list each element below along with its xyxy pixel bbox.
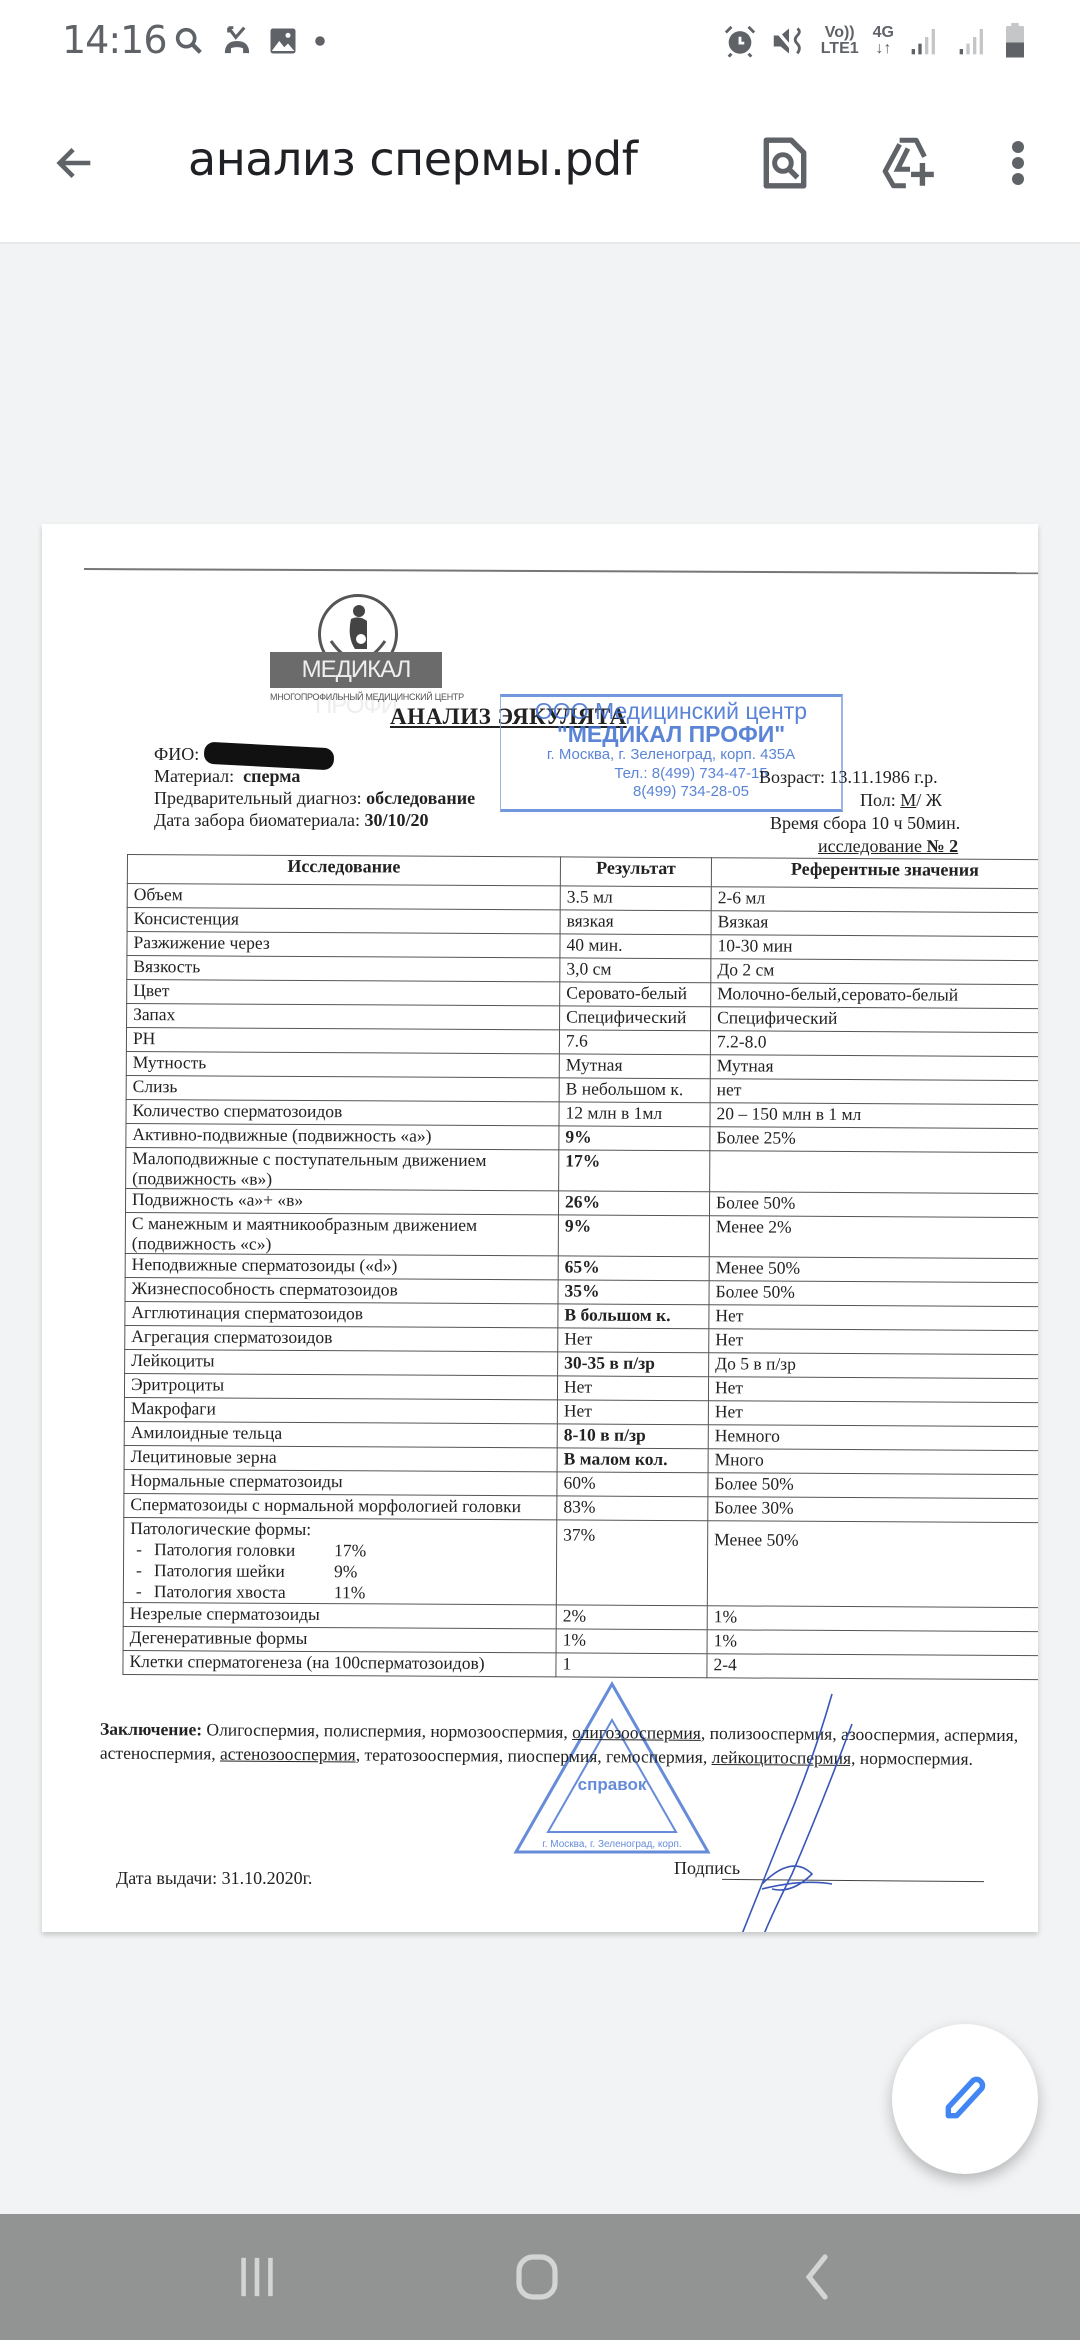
row-reference: Молочно-белый,серовато-белый xyxy=(711,983,1038,1009)
row-study-name: Неподвижные сперматозоиды («d») xyxy=(125,1253,558,1279)
pathology-item: Патология хвоста11% xyxy=(130,1581,550,1604)
row-reference: 1% xyxy=(707,1630,1038,1656)
row-reference: 7.2-8.0 xyxy=(710,1031,1038,1057)
row-study-name: Амилоидные тельца xyxy=(124,1421,557,1447)
app-bar: анализ спермы.pdf xyxy=(0,84,1080,244)
sex-value-f: / Ж xyxy=(916,790,942,810)
stamp-line-1: ООО Медицинский центр xyxy=(501,699,841,723)
row-result: 65% xyxy=(558,1256,709,1281)
row-result: Мутная xyxy=(559,1054,710,1079)
row-reference: До 5 в п/зр xyxy=(709,1353,1038,1379)
collection-date-label: Дата забора биоматериала: xyxy=(154,810,360,830)
material-value: сперма xyxy=(243,766,300,786)
recent-apps-button[interactable] xyxy=(212,2240,302,2314)
row-result: В небольшом к. xyxy=(559,1078,710,1103)
pathology-item-value: 9% xyxy=(334,1561,357,1582)
network-label: 4G xyxy=(873,25,894,41)
back-button[interactable] xyxy=(40,128,110,198)
row-study-name: Лецитиновые зерна xyxy=(124,1445,557,1471)
pathology-item-label: Патология хвоста xyxy=(154,1581,304,1603)
diagnosis-value: обследование xyxy=(366,788,475,808)
row-reference: Более 50% xyxy=(709,1192,1038,1218)
pathology-list: Патология головки17%Патология шейки9%Пат… xyxy=(130,1539,550,1604)
gallery-icon xyxy=(268,26,298,56)
row-result: вязкая xyxy=(560,910,711,935)
triangle-stamp-address: г. Москва, г. Зеленоград, корп. xyxy=(542,1839,681,1850)
pathology-item-value: 17% xyxy=(334,1540,366,1561)
row-reference: Менее 2% xyxy=(709,1216,1038,1259)
volte-top-label: Vo)) xyxy=(821,25,859,41)
signal-sim2-icon xyxy=(956,25,990,57)
status-bar: 14:16 Vo))LTE1 4G↓↑ xyxy=(0,0,1080,84)
row-result: 9% xyxy=(559,1126,710,1151)
row-reference: Более 50% xyxy=(709,1281,1038,1307)
row-study-name: Подвижность «а»+ «в» xyxy=(125,1188,558,1214)
row-study-name: Агглютинация сперматозоидов xyxy=(125,1301,558,1327)
row-study-name: Лейкоциты xyxy=(125,1349,558,1375)
row-result: 12 млн в 1мл xyxy=(559,1102,710,1127)
table-row: С манежным и маятникообразным движением … xyxy=(125,1212,1038,1258)
row-reference: Более 50% xyxy=(708,1473,1038,1499)
collection-date-value: 30/10/20 xyxy=(364,810,428,830)
row-result: 40 мин. xyxy=(560,934,711,959)
collection-time: Время сбора 10 ч 50мин. xyxy=(770,813,960,834)
row-result: В большом к. xyxy=(558,1304,709,1329)
row-reference: Нет xyxy=(709,1305,1038,1331)
row-result: 8-10 в п/зр xyxy=(557,1424,708,1449)
diagnosis-label: Предварительный диагноз: xyxy=(154,788,362,808)
row-reference: Специфический xyxy=(711,1007,1038,1033)
row-study-name: Малоподвижные с поступательным движением… xyxy=(126,1147,559,1190)
pathology-result: 37% xyxy=(556,1520,707,1606)
collection-date-field: Дата забора биоматериала: 30/10/20 xyxy=(154,810,429,831)
row-reference: 1% xyxy=(707,1606,1038,1632)
pdf-page[interactable]: МЕДИКАЛ ПРОФИ МНОГОПРОФИЛЬНЫЙ МЕДИЦИНСКИ… xyxy=(42,524,1038,1932)
more-options-button[interactable] xyxy=(988,128,1048,198)
header-study: Исследование xyxy=(127,855,560,886)
row-study-name: Вязкость xyxy=(127,956,560,982)
sex-label: Пол: xyxy=(860,790,896,810)
add-to-drive-button[interactable] xyxy=(875,128,945,198)
row-study-name: С манежным и маятникообразным движением … xyxy=(125,1212,558,1255)
find-in-page-icon xyxy=(761,136,809,190)
row-reference: Нет xyxy=(708,1377,1038,1403)
age-value: 13.11.1986 г.р. xyxy=(829,767,937,787)
row-study-name: Клетки сперматогенеза (на 100сперматозои… xyxy=(123,1650,556,1676)
signal-sim1-icon xyxy=(908,25,942,57)
table-row-pathology: Патологические формы:Патология головки17… xyxy=(123,1517,1038,1607)
document-title: анализ спермы.pdf xyxy=(188,132,637,186)
diagnosis-field: Предварительный диагноз: обследование xyxy=(154,788,475,809)
row-reference: 2-6 мл xyxy=(711,887,1038,913)
row-reference: Менее 50% xyxy=(709,1257,1038,1283)
row-reference: 20 – 150 млн в 1 мл xyxy=(710,1103,1038,1129)
study-number-value: № 2 xyxy=(927,836,959,856)
nav-back-button[interactable] xyxy=(772,2240,862,2314)
sex-value-m: М xyxy=(900,790,916,810)
vibrate-mute-icon xyxy=(771,24,807,58)
row-study-name: Количество сперматозоидов xyxy=(126,1099,559,1125)
row-study-name: Слизь xyxy=(126,1075,559,1101)
row-result: 1% xyxy=(556,1629,707,1654)
row-reference: 10-30 мин xyxy=(711,935,1038,961)
battery-icon xyxy=(1004,23,1026,59)
volte-bottom-label: LTE1 xyxy=(821,41,859,57)
row-result: 2% xyxy=(556,1605,707,1630)
row-study-name: Незрелые сперматозоиды xyxy=(123,1602,556,1628)
row-study-name: PH xyxy=(126,1028,559,1054)
add-to-drive-icon xyxy=(881,136,939,190)
row-reference: нет xyxy=(710,1079,1038,1105)
row-result: Серовато-белый xyxy=(560,982,711,1007)
table-row: Малоподвижные с поступательным движением… xyxy=(126,1147,1038,1193)
row-result: 60% xyxy=(557,1472,708,1497)
row-study-name: Эритроциты xyxy=(124,1373,557,1399)
fio-field: ФИО: xyxy=(154,744,334,767)
row-study-name: Агрегация сперматозоидов xyxy=(125,1325,558,1351)
recent-apps-icon xyxy=(235,2254,279,2300)
conclusion-underlined-2: астенозооспермия xyxy=(220,1744,356,1765)
stamp-line-2: "МЕДИКАЛ ПРОФИ" xyxy=(501,723,841,745)
row-result: 30-35 в п/зр xyxy=(558,1352,709,1377)
row-reference: Более 30% xyxy=(708,1497,1038,1523)
material-field: Материал: сперма xyxy=(154,766,300,787)
row-study-name: Дегенеративные формы xyxy=(123,1626,556,1652)
row-result: 26% xyxy=(558,1191,709,1216)
pathology-item: Патология головки17% xyxy=(130,1539,550,1562)
row-result: 7.6 xyxy=(559,1030,710,1055)
triangle-stamp: справок г. Москва, г. Зеленоград, корп. xyxy=(512,1680,712,1860)
back-icon xyxy=(800,2253,834,2301)
row-result: 35% xyxy=(558,1280,709,1305)
row-reference: Нет xyxy=(709,1329,1038,1355)
study-label: исследование xyxy=(818,836,922,856)
row-result: 3.5 мл xyxy=(560,886,711,911)
age-label: Возраст: xyxy=(759,767,825,787)
sex-field: Пол: М/ Ж xyxy=(860,790,942,811)
conclusion-text-3: , тератозооспермия, пиоспермия, гемоспер… xyxy=(356,1744,712,1766)
network-arrows: ↓↑ xyxy=(873,41,894,57)
system-icons: Vo))LTE1 4G↓↑ xyxy=(723,18,1026,64)
table-row: Клетки сперматогенеза (на 100сперматозои… xyxy=(123,1650,1038,1679)
row-study-name: Цвет xyxy=(127,980,560,1006)
volte-icon: Vo))LTE1 xyxy=(821,25,859,57)
header-reference: Референтные значения xyxy=(711,858,1038,889)
stamp-line-3: г. Москва, г. Зеленоград, корп. 435А xyxy=(501,745,841,764)
status-time: 14:16 xyxy=(62,18,167,62)
find-in-page-button[interactable] xyxy=(750,128,820,198)
material-label: Материал: xyxy=(154,766,234,786)
row-study-name: Жизнеспособность сперматозоидов xyxy=(125,1277,558,1303)
more-vert-icon xyxy=(1010,139,1026,187)
pathology-title: Патологические формы: xyxy=(130,1518,550,1541)
notification-icons xyxy=(172,20,326,62)
dot-icon xyxy=(314,35,326,47)
row-result: Специфический xyxy=(560,1006,711,1031)
pathology-item-value: 11% xyxy=(334,1582,366,1603)
row-reference: До 2 см xyxy=(711,959,1038,985)
handwritten-signature xyxy=(702,1684,922,1932)
row-study-name: Консистенция xyxy=(127,908,560,934)
issue-date: Дата выдачи: 31.10.2020г. xyxy=(116,1868,312,1889)
row-result: Нет xyxy=(557,1376,708,1401)
age-field: Возраст: 13.11.1986 г.р. xyxy=(759,767,938,788)
row-study-name: Мутность xyxy=(126,1051,559,1077)
row-result: Нет xyxy=(558,1328,709,1353)
row-result: 9% xyxy=(558,1215,709,1257)
row-study-name: Макрофаги xyxy=(124,1397,557,1423)
arrow-back-icon xyxy=(52,140,98,186)
clinic-stamp: ООО Медицинский центр "МЕДИКАЛ ПРОФИ" г.… xyxy=(500,694,843,812)
4g-data-icon: 4G↓↑ xyxy=(873,25,894,57)
edit-pencil-icon xyxy=(940,2074,990,2124)
conclusion-label: Заключение: xyxy=(100,1719,202,1740)
edit-fab[interactable] xyxy=(892,2024,1038,2174)
row-study-name: Разжижение через xyxy=(127,932,560,958)
triangle-stamp-text: справок xyxy=(578,1775,647,1794)
header-rule xyxy=(84,568,1038,574)
home-icon xyxy=(513,2253,561,2301)
conclusion-underlined-1: олигозооспермия xyxy=(572,1722,701,1743)
fio-label: ФИО: xyxy=(154,744,199,764)
row-result: 17% xyxy=(559,1150,710,1192)
row-result: Нет xyxy=(557,1400,708,1425)
row-result: В малом кол. xyxy=(557,1448,708,1473)
alarm-icon xyxy=(723,24,757,58)
row-reference: Более 25% xyxy=(710,1127,1038,1153)
row-study-name: Нормальные сперматозоиды xyxy=(124,1469,557,1495)
row-study-name: Запах xyxy=(127,1004,560,1030)
row-reference: Немного xyxy=(708,1425,1038,1451)
row-study-name: Объем xyxy=(127,884,560,910)
table-body: Объем3.5 мл2-6 млКонсистенциявязкаяВязка… xyxy=(123,884,1038,1680)
search-icon xyxy=(172,24,206,58)
row-study-name: Активно-подвижные (подвижность «а») xyxy=(126,1123,559,1149)
row-reference: Много xyxy=(708,1449,1038,1475)
row-reference: Мутная xyxy=(710,1055,1038,1081)
pathology-item-label: Патология шейки xyxy=(154,1560,304,1582)
header-result: Результат xyxy=(560,857,711,887)
home-button[interactable] xyxy=(492,2240,582,2314)
row-reference xyxy=(710,1151,1038,1194)
row-reference: 2-4 xyxy=(707,1654,1038,1680)
pathology-cell: Патологические формы:Патология головки17… xyxy=(123,1517,556,1604)
pathology-reference: Менее 50% xyxy=(707,1521,1038,1608)
row-reference: Нет xyxy=(708,1401,1038,1427)
study-number: исследование № 2 xyxy=(818,836,958,857)
row-result: 3,0 см xyxy=(560,958,711,983)
results-table: Исследование Результат Референтные значе… xyxy=(122,854,1038,1680)
missed-call-icon xyxy=(222,24,252,58)
logo-subtitle: МНОГОПРОФИЛЬНЫЙ МЕДИЦИНСКИЙ ЦЕНТР xyxy=(270,692,446,702)
row-reference: Вязкая xyxy=(711,911,1038,937)
row-result: 83% xyxy=(557,1496,708,1521)
conclusion-text-1: Олигоспермия, полиспермия, нормозоосперм… xyxy=(202,1719,572,1742)
logo-name: МЕДИКАЛ ПРОФИ xyxy=(270,652,442,688)
pathology-item-label: Патология головки xyxy=(154,1539,304,1561)
row-result: 1 xyxy=(556,1653,707,1678)
pathology-item: Патология шейки9% xyxy=(130,1560,550,1583)
row-study-name: Сперматозоиды с нормальной морфологией г… xyxy=(124,1493,557,1519)
system-nav-bar xyxy=(0,2214,1080,2340)
